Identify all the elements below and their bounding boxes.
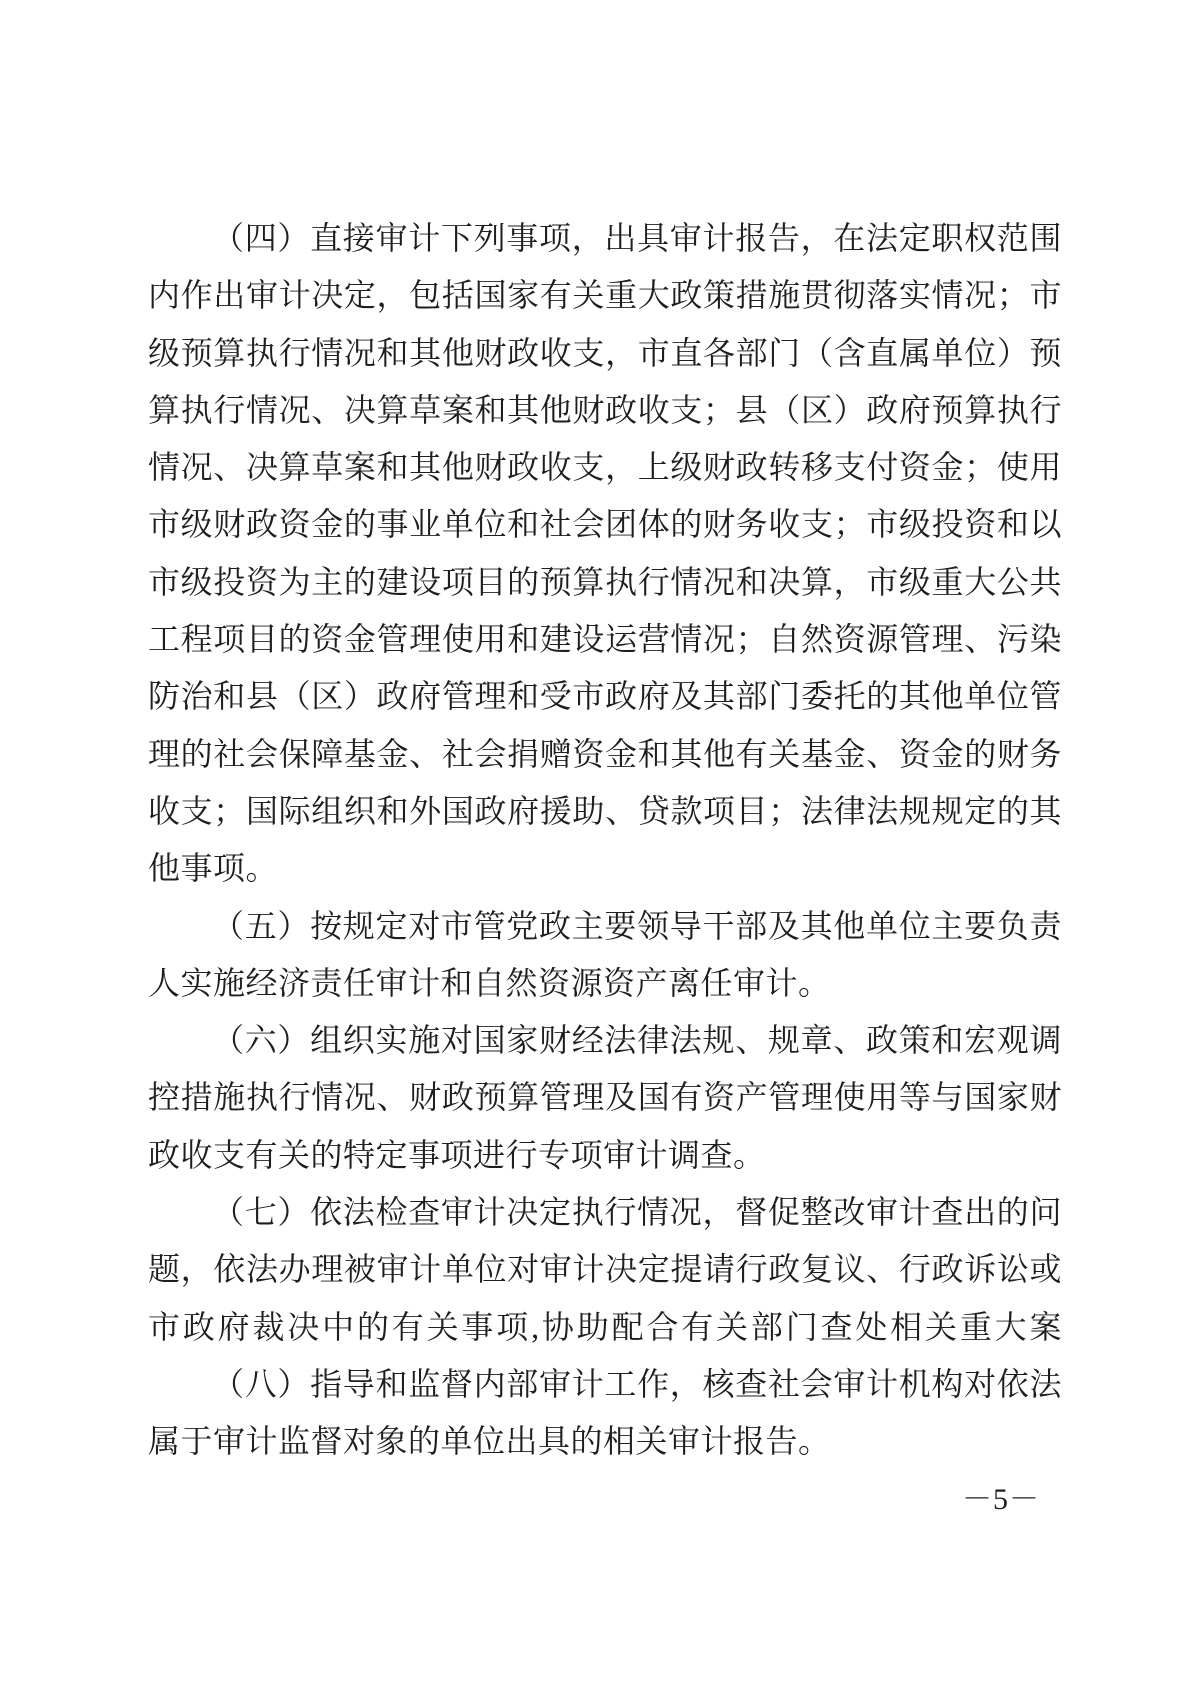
text-line: 市级投资为主的建设项目的预算执行情况和决算，市级重大公共 — [148, 554, 1062, 611]
text-line: （五）按规定对市管党政主要领导干部及其他单位主要负责 — [148, 898, 1062, 955]
text-line: 政收支有关的特定事项进行专项审计调查。 — [148, 1127, 1062, 1184]
text-line: （七）依法检查审计决定执行情况，督促整改审计查出的问 — [148, 1184, 1062, 1241]
text-line: 理的社会保障基金、社会捐赠资金和其他有关基金、资金的财务 — [148, 726, 1062, 783]
text-line: 市级财政资金的事业单位和社会团体的财务收支；市级投资和以 — [148, 496, 1062, 553]
text-line: 情况、决算草案和其他财政收支，上级财政转移支付资金；使用 — [148, 439, 1062, 496]
text-line: 级预算执行情况和其他财政收支，市直各部门（含直属单位）预 — [148, 325, 1062, 382]
text-line: （八）指导和监督内部审计工作，核查社会审计机构对依法 — [148, 1356, 1062, 1413]
text-line: 他事项。 — [148, 840, 1062, 897]
text-line: 防治和县（区）政府管理和受市政府及其部门委托的其他单位管 — [148, 668, 1062, 725]
text-line: （四）直接审计下列事项，出具审计报告，在法定职权范围 — [148, 210, 1062, 267]
text-line: （六）组织实施对国家财经法律法规、规章、政策和宏观调 — [148, 1012, 1062, 1069]
text-line: 属于审计监督对象的单位出具的相关审计报告。 — [148, 1413, 1062, 1470]
page-number: －5－ — [962, 1482, 1040, 1518]
document-page: （四）直接审计下列事项，出具审计报告，在法定职权范围内作出审计决定，包括国家有关… — [0, 0, 1190, 1683]
text-line: 算执行情况、决算草案和其他财政收支；县（区）政府预算执行 — [148, 382, 1062, 439]
text-block: （四）直接审计下列事项，出具审计报告，在法定职权范围内作出审计决定，包括国家有关… — [148, 210, 1062, 1471]
text-line: 工程项目的资金管理使用和建设运营情况；自然资源管理、污染 — [148, 611, 1062, 668]
text-line: 内作出审计决定，包括国家有关重大政策措施贯彻落实情况；市 — [148, 267, 1062, 324]
text-line: 人实施经济责任审计和自然资源资产离任审计。 — [148, 955, 1062, 1012]
text-line: 控措施执行情况、财政预算管理及国有资产管理使用等与国家财 — [148, 1069, 1062, 1126]
text-line: 题，依法办理被审计单位对审计决定提请行政复议、行政诉讼或 — [148, 1241, 1062, 1298]
text-line: 收支；国际组织和外国政府援助、贷款项目；法律法规规定的其 — [148, 783, 1062, 840]
text-line: 市政府裁决中的有关事项,协助配合有关部门查处相关重大案件。 — [148, 1299, 1062, 1356]
